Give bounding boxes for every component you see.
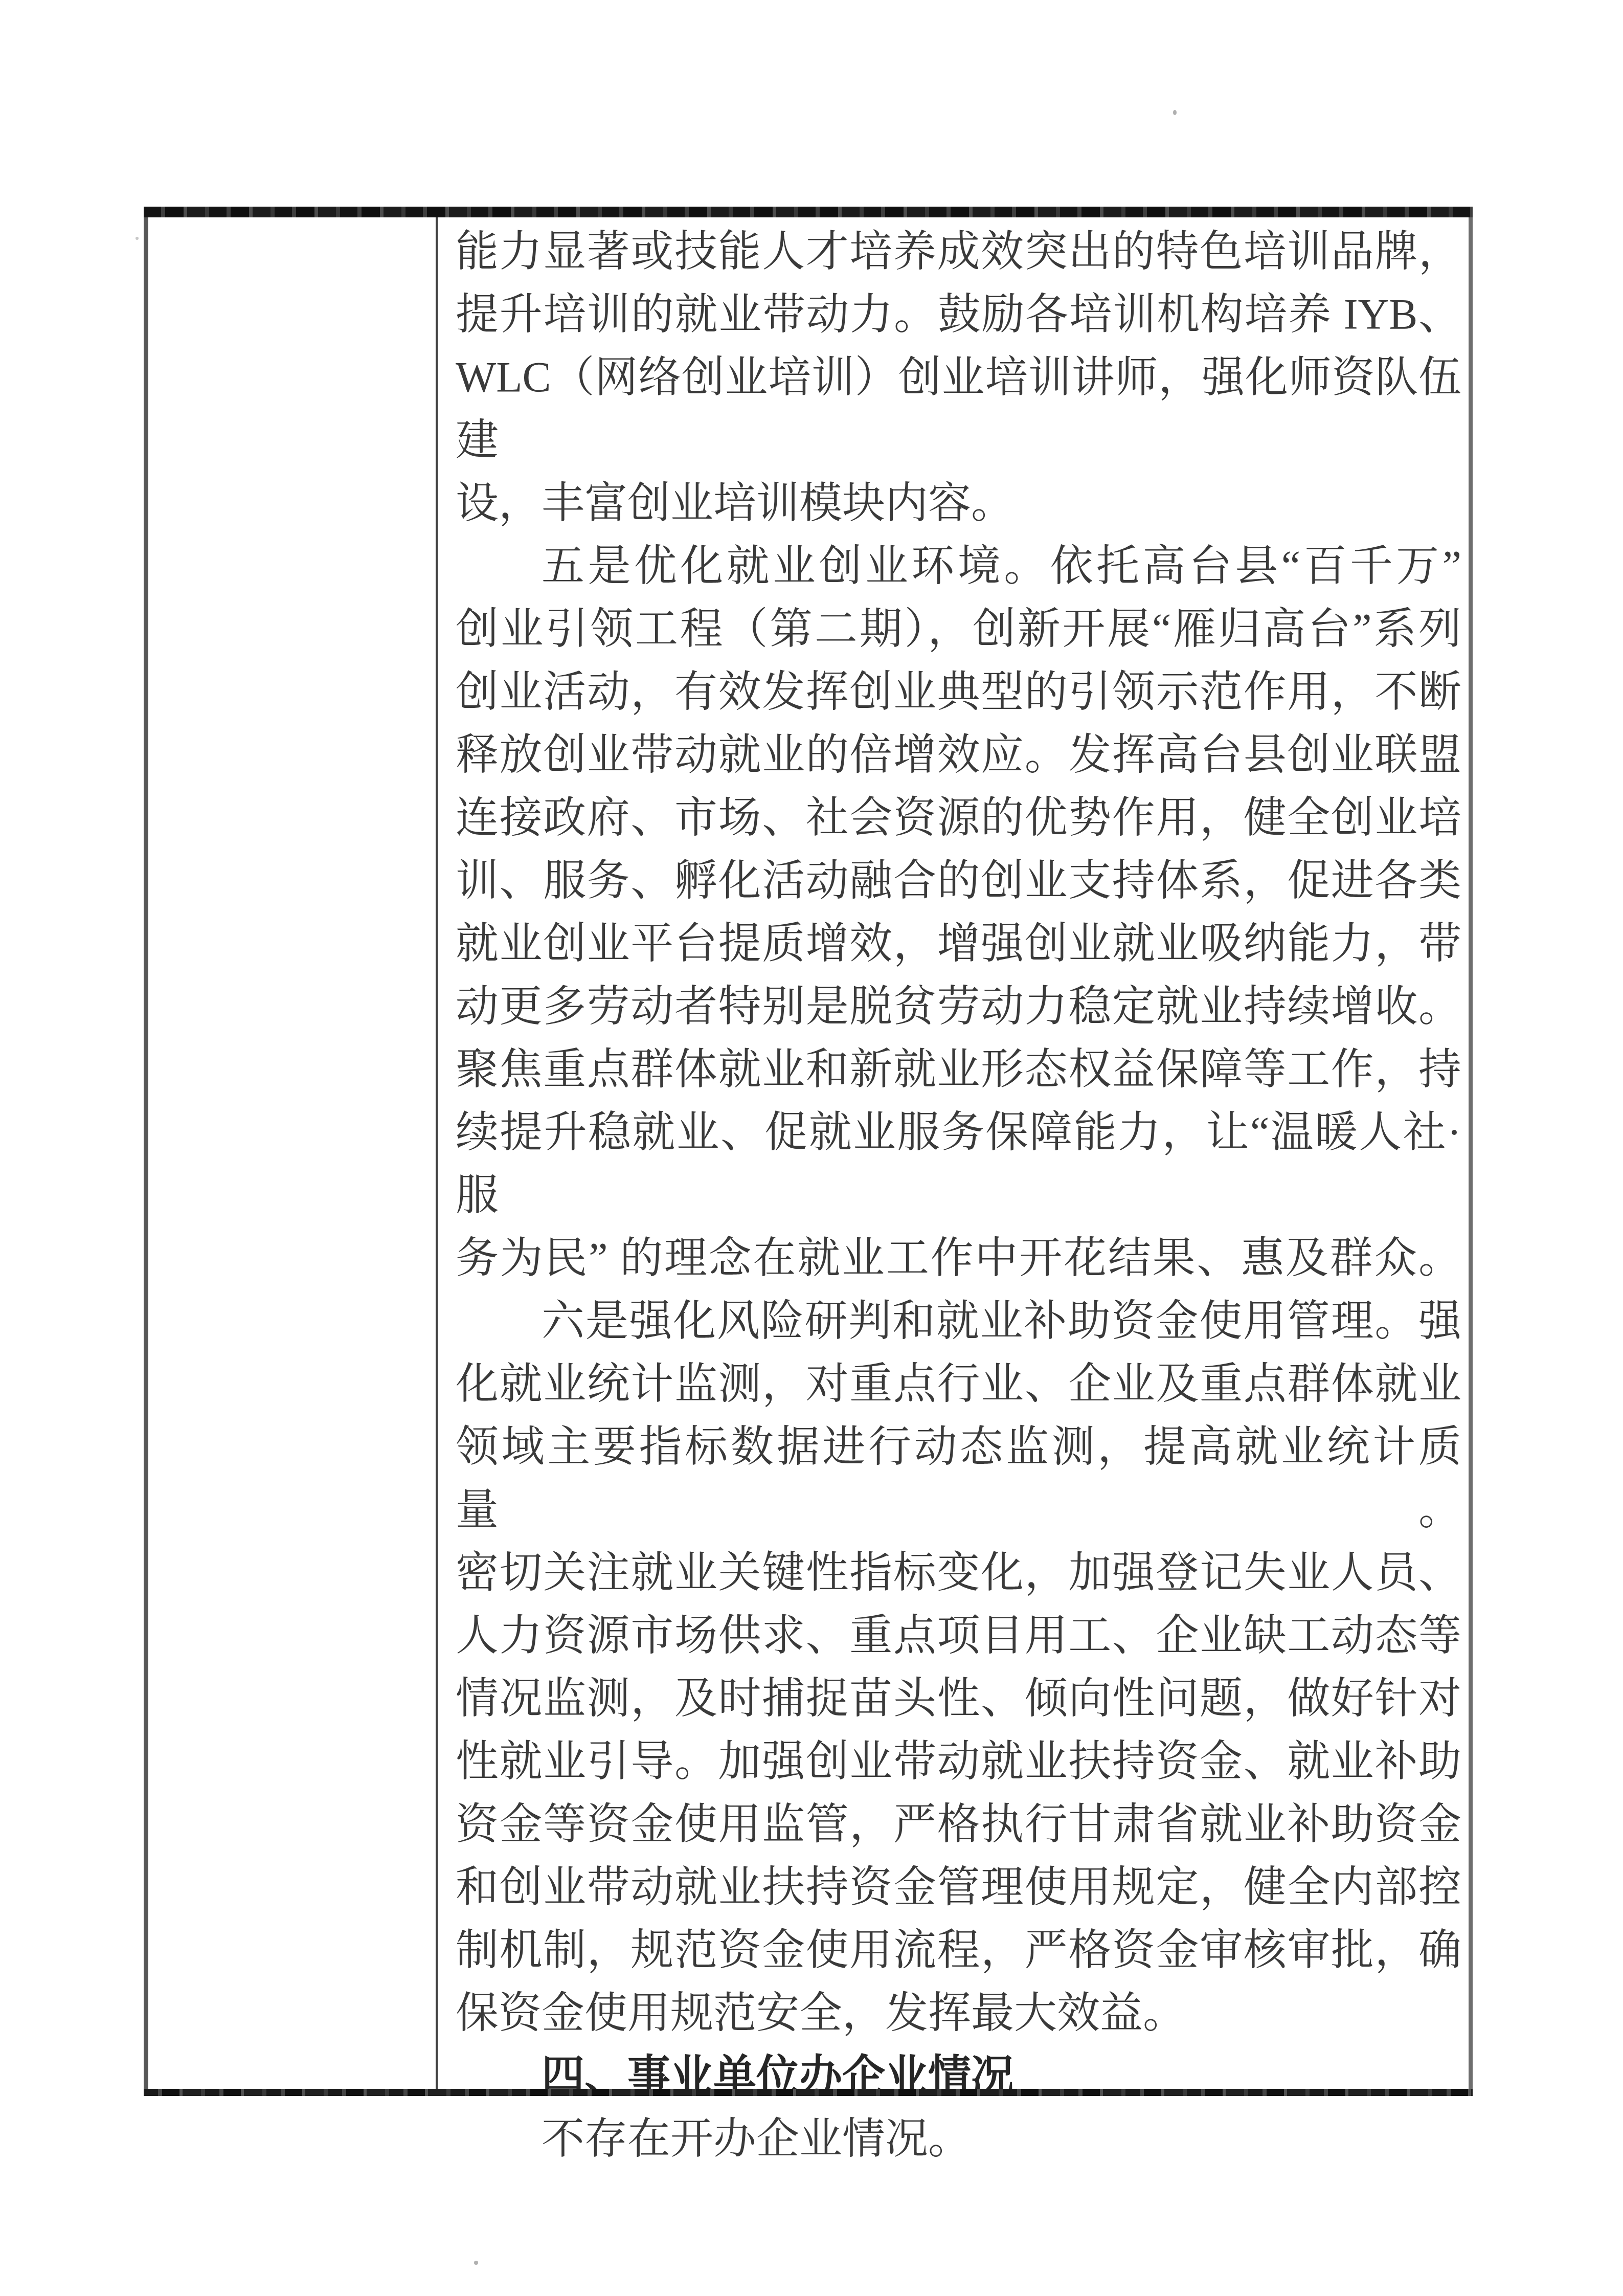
scan-speck: [1173, 110, 1177, 115]
text-line: 续提升稳就业、促就业服务保障能力，让“温暖人社·服: [456, 1101, 1461, 1227]
text-line: 六是强化风险研判和就业补助资金使用管理。强: [456, 1290, 1461, 1353]
text-line: 设，丰富创业培训模块内容。: [456, 472, 1461, 535]
scan-speck: [474, 2261, 478, 2265]
text-line: 提升培训的就业带动力。鼓励各培训机构培养 IYB、: [456, 283, 1461, 346]
text-line: 释放创业带动就业的倍增效应。发挥高台县创业联盟: [456, 724, 1461, 787]
text-line: 保资金使用规范安全，发挥最大效益。: [456, 1982, 1461, 2045]
text-line: 创业活动，有效发挥创业典型的引领示范作用，不断: [456, 661, 1461, 724]
text-line: 资金等资金使用监管，严格执行甘肃省就业补助资金: [456, 1793, 1461, 1856]
table-bottom-border: [144, 2089, 1473, 2096]
text-line: 领域主要指标数据进行动态监测，提高就业统计质量。: [456, 1416, 1461, 1542]
text-line: 能力显著或技能人才培养成效突出的特色培训品牌，: [456, 220, 1461, 283]
text-line: 密切关注就业关键性指标变化，加强登记失业人员、: [456, 1542, 1461, 1604]
text-line: 人力资源市场供求、重点项目用工、企业缺工动态等: [456, 1604, 1461, 1667]
text-line: 动更多劳动者特别是脱贫劳动力稳定就业持续增收。: [456, 975, 1461, 1038]
text-line: 五是优化就业创业环境。依托高台县“百千万”: [456, 535, 1461, 598]
text-line: 不存在开办企业情况。: [456, 2108, 1461, 2171]
text-line: 性就业引导。加强创业带动就业扶持资金、就业补助: [456, 1730, 1461, 1793]
section-heading: 四、事业单位办企业情况: [456, 2045, 1461, 2108]
text-line: 创业引领工程（第二期），创新开展“雁归高台”系列: [456, 598, 1461, 661]
report-table: 能力显著或技能人才培养成效突出的特色培训品牌， 提升培训的就业带动力。鼓励各培训…: [144, 207, 1473, 2096]
text-line: 务为民” 的理念在就业工作中开花结果、惠及群众。: [456, 1227, 1461, 1290]
table-text-column: 能力显著或技能人才培养成效突出的特色培训品牌， 提升培训的就业带动力。鼓励各培训…: [438, 217, 1469, 2089]
text-line: 聚焦重点群体就业和新就业形态权益保障等工作，持: [456, 1038, 1461, 1101]
text-line: 连接政府、市场、社会资源的优势作用，健全创业培: [456, 787, 1461, 850]
scan-speck: [136, 237, 139, 240]
text-line: 和创业带动就业扶持资金管理使用规定，健全内部控: [456, 1856, 1461, 1919]
table-top-border: [144, 207, 1473, 217]
text-line: WLC（网络创业培训）创业培训讲师，强化师资队伍建: [456, 346, 1461, 472]
text-line: 训、服务、孵化活动融合的创业支持体系，促进各类: [456, 850, 1461, 912]
table-left-column-empty: [148, 217, 436, 2089]
text-line: 就业创业平台提质增效，增强创业就业吸纳能力，带: [456, 912, 1461, 975]
scanned-page: 能力显著或技能人才培养成效突出的特色培训品牌， 提升培训的就业带动力。鼓励各培训…: [0, 0, 1623, 2296]
text-line: 制机制，规范资金使用流程，严格资金审核审批，确: [456, 1919, 1461, 1982]
text-line: 化就业统计监测，对重点行业、企业及重点群体就业: [456, 1353, 1461, 1416]
text-line: 情况监测，及时捕捉苗头性、倾向性问题，做好针对: [456, 1667, 1461, 1730]
